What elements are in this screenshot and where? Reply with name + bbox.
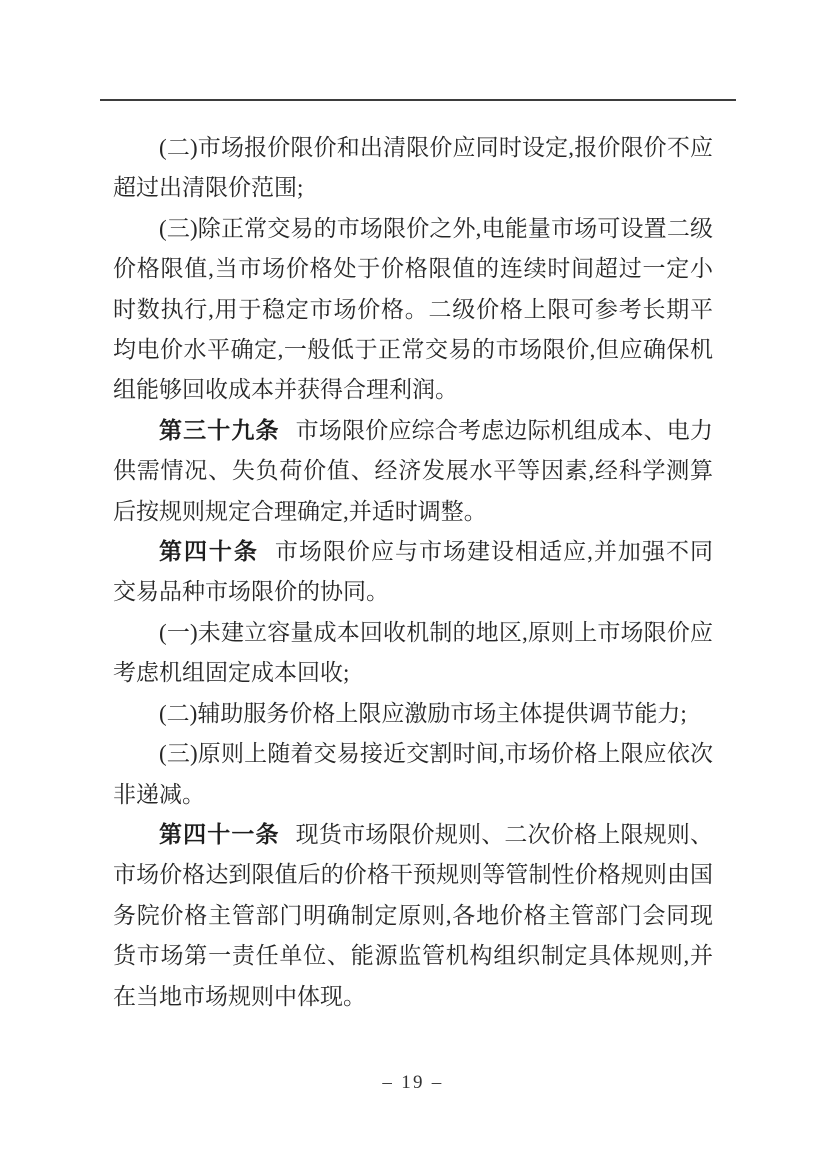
paragraph: (一)未建立容量成本回收机制的地区,原则上市场限价应考虑机组固定成本回收; xyxy=(113,613,713,694)
document-body: (二)市场报价限价和出清限价应同时设定,报价限价不应超过出清限价范围; (三)除… xyxy=(113,128,713,1017)
paragraph-text: (二)辅助服务价格上限应激励市场主体提供调节能力; xyxy=(159,701,687,726)
paragraph-article-39: 第三十九条市场限价应综合考虑边际机组成本、电力供需情况、失负荷价值、经济发展水平… xyxy=(113,411,713,532)
paragraph-text: (二)市场报价限价和出清限价应同时设定,报价限价不应超过出清限价范围; xyxy=(113,135,713,200)
document-page: (二)市场报价限价和出清限价应同时设定,报价限价不应超过出清限价范围; (三)除… xyxy=(0,0,826,1169)
header-rule xyxy=(100,99,736,101)
paragraph-text: (三)原则上随着交易接近交割时间,市场价格上限应依次非递减。 xyxy=(113,741,713,806)
paragraph: (三)原则上随着交易接近交割时间,市场价格上限应依次非递减。 xyxy=(113,734,713,815)
page-number: – 19 – xyxy=(0,1072,826,1094)
article-number: 第四十一条 xyxy=(159,822,280,847)
paragraph-article-40: 第四十条市场限价应与市场建设相适应,并加强不同交易品种市场限价的协同。 xyxy=(113,532,713,613)
paragraph-text: (一)未建立容量成本回收机制的地区,原则上市场限价应考虑机组固定成本回收; xyxy=(113,620,713,685)
paragraph-text: (三)除正常交易的市场限价之外,电能量市场可设置二级价格限值,当市场价格处于价格… xyxy=(113,216,713,403)
paragraph-article-41: 第四十一条现货市场限价规则、二次价格上限规则、市场价格达到限值后的价格干预规则等… xyxy=(113,815,713,1017)
article-number: 第四十条 xyxy=(159,539,259,564)
paragraph: (二)市场报价限价和出清限价应同时设定,报价限价不应超过出清限价范围; xyxy=(113,128,713,209)
paragraph: (二)辅助服务价格上限应激励市场主体提供调节能力; xyxy=(113,694,713,734)
paragraph-text: 现货市场限价规则、二次价格上限规则、市场价格达到限值后的价格干预规则等管制性价格… xyxy=(113,822,713,1009)
paragraph: (三)除正常交易的市场限价之外,电能量市场可设置二级价格限值,当市场价格处于价格… xyxy=(113,209,713,411)
article-number: 第三十九条 xyxy=(159,418,280,443)
